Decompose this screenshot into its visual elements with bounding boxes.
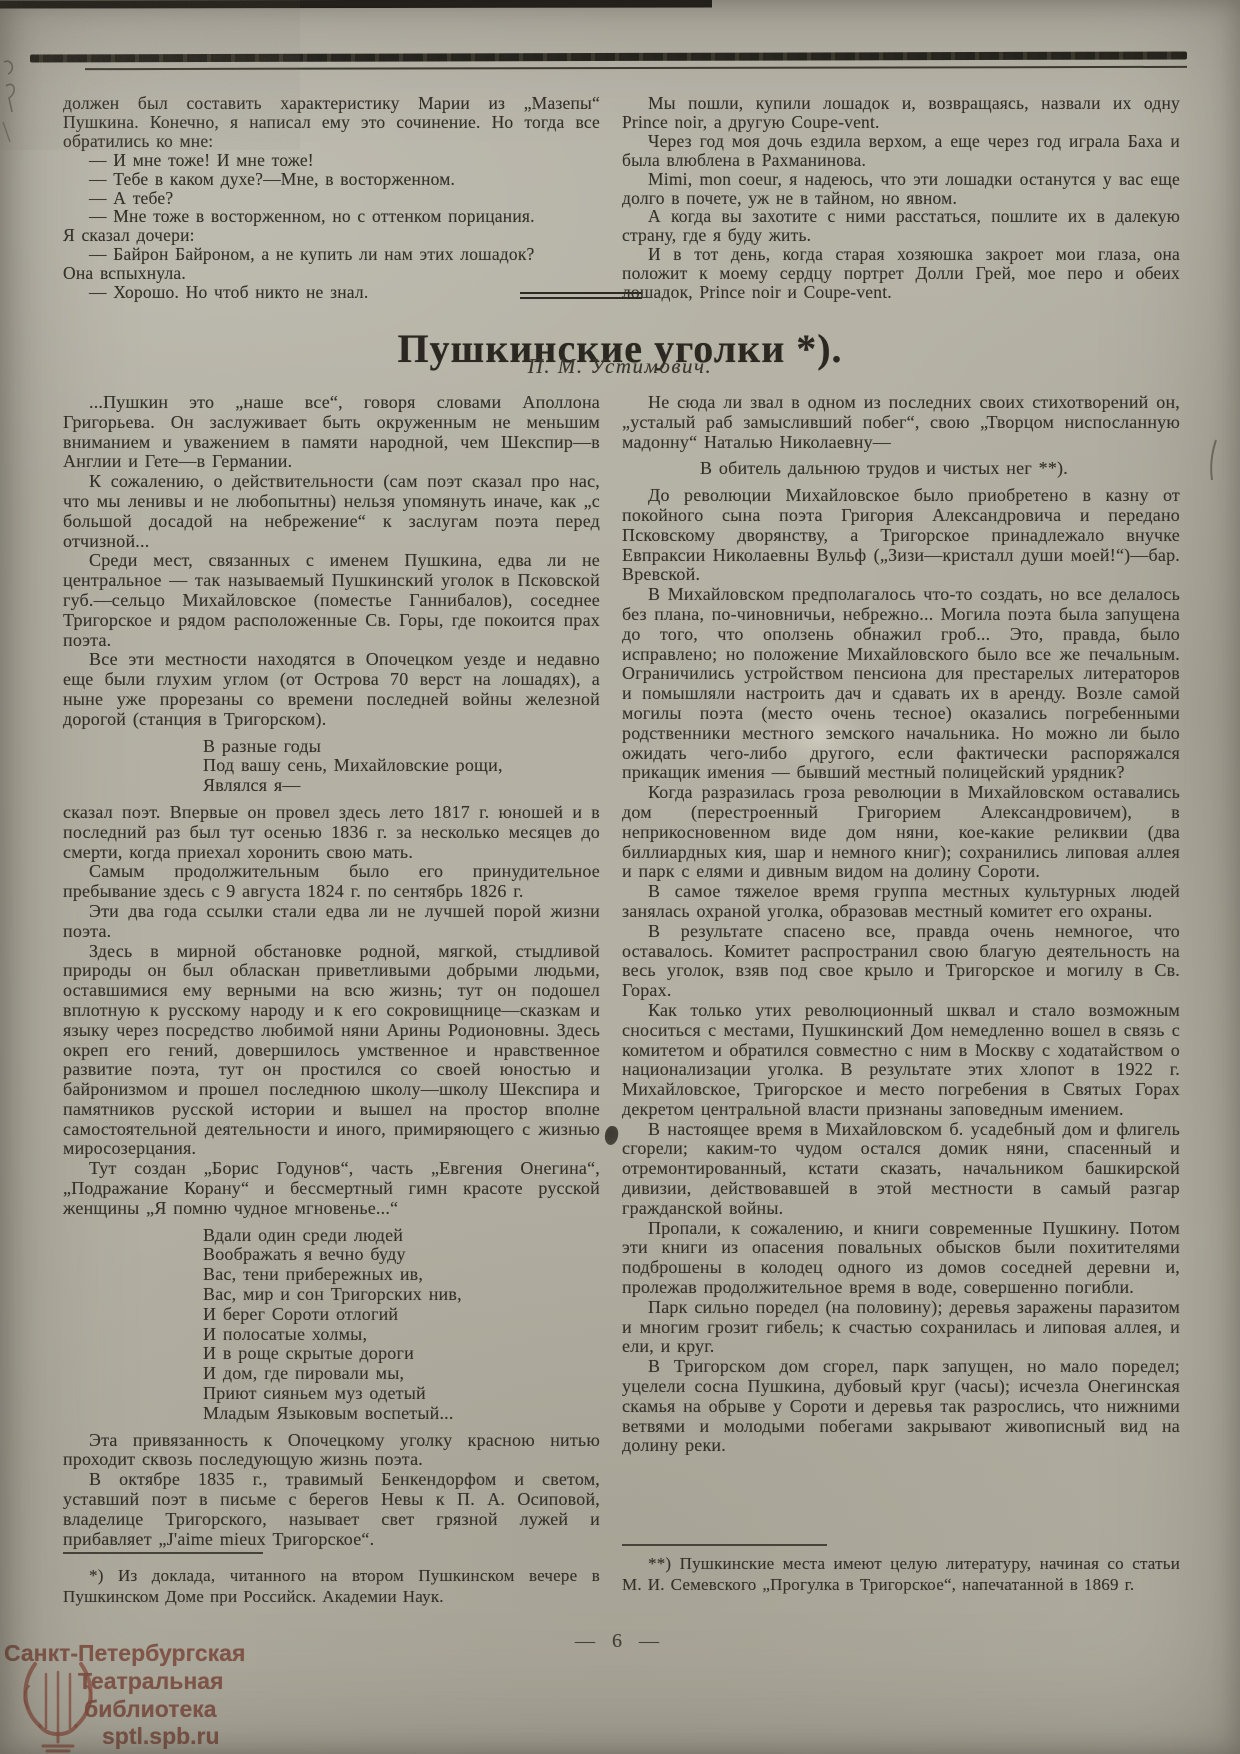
watermark-line: библиотека [84, 1696, 217, 1723]
paragraph: В октябре 1835 г., травимый Бенкендорфом… [63, 1470, 600, 1549]
margin-stroke-mark [1198, 438, 1224, 482]
top-rule [30, 51, 1187, 62]
paragraph: В результате спасено все, правда очень н… [622, 922, 1180, 1001]
verse-line: В разные годы [203, 737, 600, 757]
verse-block: Вдали один среди людей Воображать я вечн… [203, 1226, 600, 1424]
verse-line: И полосатые холмы, [203, 1325, 600, 1345]
page-number: — 6 — [470, 1630, 770, 1653]
paragraph: ...Пушкин это „наше все“, говоря словами… [63, 393, 600, 472]
footnote-rule [63, 1552, 263, 1554]
paragraph: Эти два года ссылки стали едва ли не луч… [63, 902, 600, 942]
paragraph: Парк сильно поредел (на половину); дерев… [622, 1298, 1180, 1357]
verse-block: В разные годы Под вашу сень, Михайловски… [203, 737, 600, 796]
paragraph: Как только утих революционный шквал и ст… [622, 1001, 1180, 1120]
paragraph: Не сюда ли звал в одном из последних сво… [622, 393, 1180, 452]
handwritten-margin-mark [0, 56, 26, 146]
paragraph: должен был составить характеристику Мари… [63, 94, 600, 151]
verse-line: Младым Языковым воспетый... [203, 1404, 600, 1424]
verse-line: И в роще скрытые дороги [203, 1344, 600, 1364]
paragraph: В Тригорском дом сгорел, парк запущен, н… [622, 1357, 1180, 1456]
article-column-right: Не сюда ли звал в одном из последних сво… [622, 393, 1180, 1456]
verse-line: И берег Сороти отлогий [203, 1305, 600, 1325]
paragraph: Мы пошли, купили лошадок и, возвращаясь,… [622, 94, 1180, 132]
section-divider [520, 292, 642, 299]
prelude-column-right: Мы пошли, купили лошадок и, возвращаясь,… [622, 94, 1180, 302]
paragraph: В самое тяжелое время группа местных кул… [622, 882, 1180, 922]
paragraph: В Михайловском предполагалось что-то соз… [622, 585, 1180, 783]
watermark-line: Театральная [78, 1668, 223, 1695]
watermark-url: sptl.spb.ru [102, 1723, 220, 1750]
paragraph: Здесь в мирной обстановке родной, мягкой… [63, 942, 600, 1160]
dialogue-line: — Байрон Байроном, а не купить ли нам эт… [63, 245, 600, 264]
paragraph: Она вспыхнула. [63, 264, 600, 283]
scan-edge-artifact [0, 0, 712, 8]
paragraph: Mimi, mon coeur, я надеюсь, что эти лоша… [622, 170, 1180, 208]
verse-line: Являлся я— [203, 776, 600, 796]
dialogue-line: — И мне тоже! И мне тоже! [63, 151, 600, 170]
paragraph: И в тот день, когда старая хозяюшка закр… [622, 245, 1180, 302]
paragraph: К сожалению, о действительности (сам поэ… [63, 472, 600, 551]
watermark-line: Санкт-Петербургская [4, 1640, 245, 1667]
paragraph: Тут создан „Борис Годунов“, часть „Евген… [63, 1159, 600, 1218]
verse-line: Вдали один среди людей [203, 1226, 600, 1246]
verse-block: В обитель дальнюю трудов и чистых нег **… [700, 459, 1180, 479]
paragraph: А когда вы захотите с ними расстаться, п… [622, 207, 1180, 245]
article-column-left: ...Пушкин это „наше все“, говоря словами… [63, 393, 600, 1549]
paragraph: Среди мест, связанных с именем Пушкина, … [63, 551, 600, 650]
verse-line: Воображать я вечно буду [203, 1245, 600, 1265]
footnote: **) Пушкинские места имеют целую литерат… [622, 1554, 1180, 1595]
dialogue-line: — Мне тоже в восторженном, но с оттенком… [63, 207, 600, 226]
scanned-journal-page: должен был составить характеристику Мари… [0, 0, 1240, 1754]
verse-line: Вас, тени прибережных ив, [203, 1265, 600, 1285]
article-byline: П. М. Устимович. [0, 354, 1240, 379]
paragraph: Когда разразилась гроза революции в Миха… [622, 783, 1180, 882]
paragraph: Эта привязанность к Опочецкому уголку кр… [63, 1431, 600, 1471]
dialogue-line: — А тебе? [63, 189, 600, 208]
paragraph: сказал поэт. Впервые он провел здесь лет… [63, 803, 600, 862]
footnote-rule [622, 1544, 827, 1546]
ink-blot [604, 1125, 620, 1146]
verse-line: Приют сияньем муз одетый [203, 1384, 600, 1404]
dialogue-line: — Тебе в каком духе?—Мне, в восторженном… [63, 170, 600, 189]
verse-line: Под вашу сень, Михайловские рощи, [203, 756, 600, 776]
prelude-column-left: должен был составить характеристику Мари… [63, 94, 600, 302]
verse-line: Вас, мир и сон Тригорских нив, [203, 1285, 600, 1305]
footnote: *) Из доклада, читанного на втором Пушки… [63, 1566, 600, 1607]
verse-line: И дом, где пировали мы, [203, 1364, 600, 1384]
paragraph: Пропали, к сожалению, и книги современны… [622, 1219, 1180, 1298]
top-rule-thin [85, 66, 1187, 70]
paragraph: Все эти местности находятся в Опочецком … [63, 650, 600, 729]
paragraph: До революции Михайловское было приобрете… [622, 486, 1180, 585]
verse-line: В обитель дальнюю трудов и чистых нег **… [700, 459, 1180, 479]
paragraph: В настоящее время в Михайловском б. усад… [622, 1120, 1180, 1219]
paragraph: Через год моя дочь ездила верхом, а еще … [622, 132, 1180, 170]
paragraph: Я сказал дочери: [63, 226, 600, 245]
paragraph: Самым продолжительным было его принудите… [63, 862, 600, 902]
